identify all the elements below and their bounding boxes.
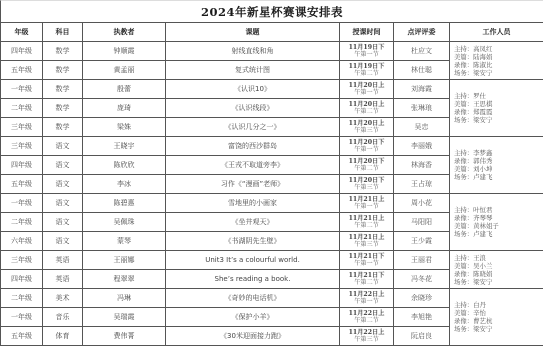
page-title: 2024年新星杯赛课安排表 [0, 0, 543, 22]
table-row: 三年级语文王晓宇富饶的西沙群岛11月20日下午第一节李丽娥主持：李梦鑫录像：郭伟… [1, 137, 543, 156]
grade-cell: 三年级 [1, 137, 43, 156]
teacher-cell: 殷蕾 [83, 80, 166, 99]
subject-cell: 数学 [43, 42, 83, 61]
reviewer-cell: 李旭艳 [394, 308, 450, 327]
staff-line: 录像：郑霞霞 [454, 108, 543, 116]
staff-line: 场务：梁安宁 [454, 325, 543, 333]
teacher-cell: 陈欣欣 [83, 156, 166, 175]
subject-cell: 语文 [43, 194, 83, 213]
topic-cell: Unit3 It’s a colourful world. [166, 251, 340, 270]
grade-cell: 一年级 [1, 194, 43, 213]
grade-cell: 四年级 [1, 42, 43, 61]
grade-cell: 三年级 [1, 118, 43, 137]
subject-cell: 数学 [43, 99, 83, 118]
staff-line: 美篇：陆海娟 [454, 53, 543, 61]
grade-cell: 五年级 [1, 327, 43, 346]
time-date: 11月21日上 [340, 234, 393, 242]
header-grade: 年级 [1, 23, 43, 42]
time-date: 11月20日下 [340, 139, 393, 147]
header-time: 授课时间 [340, 23, 394, 42]
time-date: 11月19日下 [340, 44, 393, 52]
header-topic: 课题 [166, 23, 340, 42]
time-cell: 11月21日上午第三节 [340, 232, 394, 251]
time-cell: 11月20日下午第一节 [340, 137, 394, 156]
staff-line: 场务：卢建飞 [454, 230, 543, 238]
time-date: 11月21日上 [340, 196, 393, 204]
staff-line: 场务：梁安宁 [454, 69, 543, 77]
time-period: 午第三节 [340, 336, 393, 344]
topic-cell: She’s reading a book. [166, 270, 340, 289]
table-row: 一年级语文陈碧惠雪地里的小画家11月21日上午第一节周小花主持：叶恒君录像：齐琴… [1, 194, 543, 213]
time-cell: 11月21日上午第二节 [340, 213, 394, 232]
reviewer-cell: 李丽娥 [394, 137, 450, 156]
staff-line: 场务：梁安宁 [454, 116, 543, 124]
staff-line: 美篇：辛怡 [454, 309, 543, 317]
grade-cell: 二年级 [1, 289, 43, 308]
reviewer-cell: 马阳阳 [394, 213, 450, 232]
teacher-cell: 王晓宇 [83, 137, 166, 156]
topic-cell: 习作《“漫画”老师》 [166, 175, 340, 194]
staff-line: 录像：曹艺杭 [454, 317, 543, 325]
time-period: 午第二节 [340, 222, 393, 230]
topic-cell: 雪地里的小画家 [166, 194, 340, 213]
staff-line: 主持：李梦鑫 [454, 149, 543, 157]
grade-cell: 四年级 [1, 270, 43, 289]
reviewer-cell: 冯冬花 [394, 270, 450, 289]
time-period: 午第一节 [340, 89, 393, 97]
teacher-cell: 蒙琴 [83, 232, 166, 251]
time-cell: 11月22日上午第一节 [340, 289, 394, 308]
schedule-table: 年级 科目 执教者 课题 授课时间 点评评委 工作人员 四年级数学钟顺霞射线直线… [0, 22, 543, 346]
subject-cell: 美术 [43, 289, 83, 308]
time-period: 午第二节 [340, 108, 393, 116]
reviewer-cell: 阮启良 [394, 327, 450, 346]
teacher-cell: 李冰 [83, 175, 166, 194]
teacher-cell: 钟顺霞 [83, 42, 166, 61]
time-period: 午第二节 [340, 279, 393, 287]
staff-cell: 主持：王浪美篇：吴小兰录像：陈晓娟场务：梁安宁 [450, 251, 543, 289]
schedule-sheet: 2024年新星杯赛课安排表 年级 科目 执教者 课题 授课时间 点评评委 工作人… [0, 0, 543, 363]
teacher-cell: 程翠翠 [83, 270, 166, 289]
staff-line: 录像：陈晓娟 [454, 270, 543, 278]
reviewer-cell: 林海香 [394, 156, 450, 175]
reviewer-cell: 王丽君 [394, 251, 450, 270]
staff-line: 录像：齐琴琴 [454, 214, 543, 222]
reviewer-cell: 刘海霞 [394, 80, 450, 99]
topic-cell: 《坐井观天》 [166, 213, 340, 232]
subject-cell: 数学 [43, 80, 83, 99]
staff-line: 场务：梁安宁 [454, 278, 543, 286]
time-date: 11月22日上 [340, 310, 393, 318]
header-subject: 科目 [43, 23, 83, 42]
header-teacher: 执教者 [83, 23, 166, 42]
time-date: 11月20日上 [340, 82, 393, 90]
topic-cell: 《奇妙的电话机》 [166, 289, 340, 308]
time-date: 11月19日下 [340, 63, 393, 71]
staff-cell: 主持：高凤红美篇：陆海娟录像：陈淑比场务：梁安宁 [450, 42, 543, 80]
teacher-cell: 吴佩珠 [83, 213, 166, 232]
teacher-cell: 费伟菁 [83, 327, 166, 346]
time-cell: 11月21日下午第二节 [340, 270, 394, 289]
topic-cell: 射线直线和角 [166, 42, 340, 61]
topic-cell: 《认识线段》 [166, 99, 340, 118]
teacher-cell: 庞琦 [83, 99, 166, 118]
time-date: 11月21日下 [340, 253, 393, 261]
time-period: 午第一节 [340, 260, 393, 268]
subject-cell: 英语 [43, 270, 83, 289]
staff-line: 美篇：王思棋 [454, 100, 543, 108]
teacher-cell: 王丽娜 [83, 251, 166, 270]
subject-cell: 语文 [43, 156, 83, 175]
time-period: 午第三节 [340, 241, 393, 249]
topic-cell: 《30米迎面接力跑》 [166, 327, 340, 346]
table-row: 四年级数学钟顺霞射线直线和角11月19日下午第一节杜应文主持：高凤红美篇：陆海娟… [1, 42, 543, 61]
reviewer-cell: 吴忠 [394, 118, 450, 137]
time-period: 午第二节 [340, 317, 393, 325]
topic-cell: 《书湖阴先生壁》 [166, 232, 340, 251]
staff-cell: 主持：罗仕美篇：王思棋录像：郑霞霞场务：梁安宁 [450, 80, 543, 137]
time-period: 午第一节 [340, 146, 393, 154]
subject-cell: 语文 [43, 137, 83, 156]
time-period: 午第二节 [340, 70, 393, 78]
staff-line: 美篇：吴小兰 [454, 262, 543, 270]
time-date: 11月20日下 [340, 177, 393, 185]
grade-cell: 二年级 [1, 99, 43, 118]
time-period: 午第三节 [340, 127, 393, 135]
time-period: 午第二节 [340, 165, 393, 173]
grade-cell: 三年级 [1, 251, 43, 270]
time-cell: 11月21日上午第一节 [340, 194, 394, 213]
grade-cell: 二年级 [1, 213, 43, 232]
time-cell: 11月20日下午第三节 [340, 175, 394, 194]
reviewer-cell: 周小花 [394, 194, 450, 213]
time-cell: 11月20日上午第三节 [340, 118, 394, 137]
table-row: 三年级英语王丽娜Unit3 It’s a colourful world.11月… [1, 251, 543, 270]
grade-cell: 六年级 [1, 232, 43, 251]
topic-cell: 《认识几分之一》 [166, 118, 340, 137]
staff-cell: 主持：李梦鑫录像：郭伟秀美篇：刘小坤场务：卢建飞 [450, 137, 543, 194]
grade-cell: 五年级 [1, 175, 43, 194]
grade-cell: 一年级 [1, 308, 43, 327]
header-staff: 工作人员 [450, 23, 543, 42]
reviewer-cell: 杜应文 [394, 42, 450, 61]
time-cell: 11月20日上午第二节 [340, 99, 394, 118]
staff-line: 主持：叶恒君 [454, 206, 543, 214]
grade-cell: 四年级 [1, 156, 43, 175]
reviewer-cell: 林仕聪 [394, 61, 450, 80]
staff-line: 场务：卢建飞 [454, 173, 543, 181]
teacher-cell: 陈碧惠 [83, 194, 166, 213]
subject-cell: 体育 [43, 327, 83, 346]
time-date: 11月22日上 [340, 291, 393, 299]
subject-cell: 数学 [43, 118, 83, 137]
time-cell: 11月22日上午第三节 [340, 327, 394, 346]
table-row: 一年级数学殷蕾《认识10》11月20日上午第一节刘海霞主持：罗仕美篇：王思棋录像… [1, 80, 543, 99]
time-cell: 11月20日上午第一节 [340, 80, 394, 99]
staff-line: 录像：陈淑比 [454, 61, 543, 69]
time-period: 午第三节 [340, 184, 393, 192]
time-cell: 11月22日上午第二节 [340, 308, 394, 327]
teacher-cell: 梁姝 [83, 118, 166, 137]
staff-line: 主持：罗仕 [454, 92, 543, 100]
staff-line: 美篇：刘小坤 [454, 165, 543, 173]
staff-line: 主持：白丹 [454, 301, 543, 309]
time-date: 11月22日上 [340, 329, 393, 337]
staff-cell: 主持：叶恒君录像：齐琴琴美篇：黄林姐子场务：卢建飞 [450, 194, 543, 251]
topic-cell: 《保护小羊》 [166, 308, 340, 327]
subject-cell: 英语 [43, 251, 83, 270]
time-period: 午第一节 [340, 203, 393, 211]
time-date: 11月21日下 [340, 272, 393, 280]
staff-line: 录像：郭伟秀 [454, 157, 543, 165]
staff-line: 主持：王浪 [454, 254, 543, 262]
subject-cell: 语文 [43, 213, 83, 232]
grade-cell: 一年级 [1, 80, 43, 99]
topic-cell: 《王戎不取道旁李》 [166, 156, 340, 175]
time-cell: 11月19日下午第一节 [340, 42, 394, 61]
reviewer-cell: 张琳琅 [394, 99, 450, 118]
staff-line: 主持：高凤红 [454, 45, 543, 53]
time-cell: 11月21日下午第一节 [340, 251, 394, 270]
reviewer-cell: 余晓珍 [394, 289, 450, 308]
time-period: 午第一节 [340, 51, 393, 59]
topic-cell: 富饶的西沙群岛 [166, 137, 340, 156]
subject-cell: 语文 [43, 232, 83, 251]
table-row: 二年级美术冯琳《奇妙的电话机》11月22日上午第一节余晓珍主持：白丹美篇：辛怡录… [1, 289, 543, 308]
teacher-cell: 黄孟丽 [83, 61, 166, 80]
table-header-row: 年级 科目 执教者 课题 授课时间 点评评委 工作人员 [1, 23, 543, 42]
time-date: 11月20日上 [340, 101, 393, 109]
subject-cell: 语文 [43, 175, 83, 194]
header-reviewer: 点评评委 [394, 23, 450, 42]
teacher-cell: 冯琳 [83, 289, 166, 308]
time-period: 午第一节 [340, 298, 393, 306]
subject-cell: 数学 [43, 61, 83, 80]
teacher-cell: 吴瑞霞 [83, 308, 166, 327]
time-date: 11月21日上 [340, 215, 393, 223]
time-date: 11月20日上 [340, 120, 393, 128]
staff-cell: 主持：白丹美篇：辛怡录像：曹艺杭场务：梁安宁 [450, 289, 543, 346]
topic-cell: 《认识10》 [166, 80, 340, 99]
topic-cell: 复式统计图 [166, 61, 340, 80]
time-cell: 11月20日下午第二节 [340, 156, 394, 175]
time-date: 11月20日下 [340, 158, 393, 166]
time-cell: 11月19日下午第二节 [340, 61, 394, 80]
staff-line: 美篇：黄林姐子 [454, 222, 543, 230]
reviewer-cell: 王占琼 [394, 175, 450, 194]
subject-cell: 音乐 [43, 308, 83, 327]
reviewer-cell: 王少霞 [394, 232, 450, 251]
grade-cell: 五年级 [1, 61, 43, 80]
